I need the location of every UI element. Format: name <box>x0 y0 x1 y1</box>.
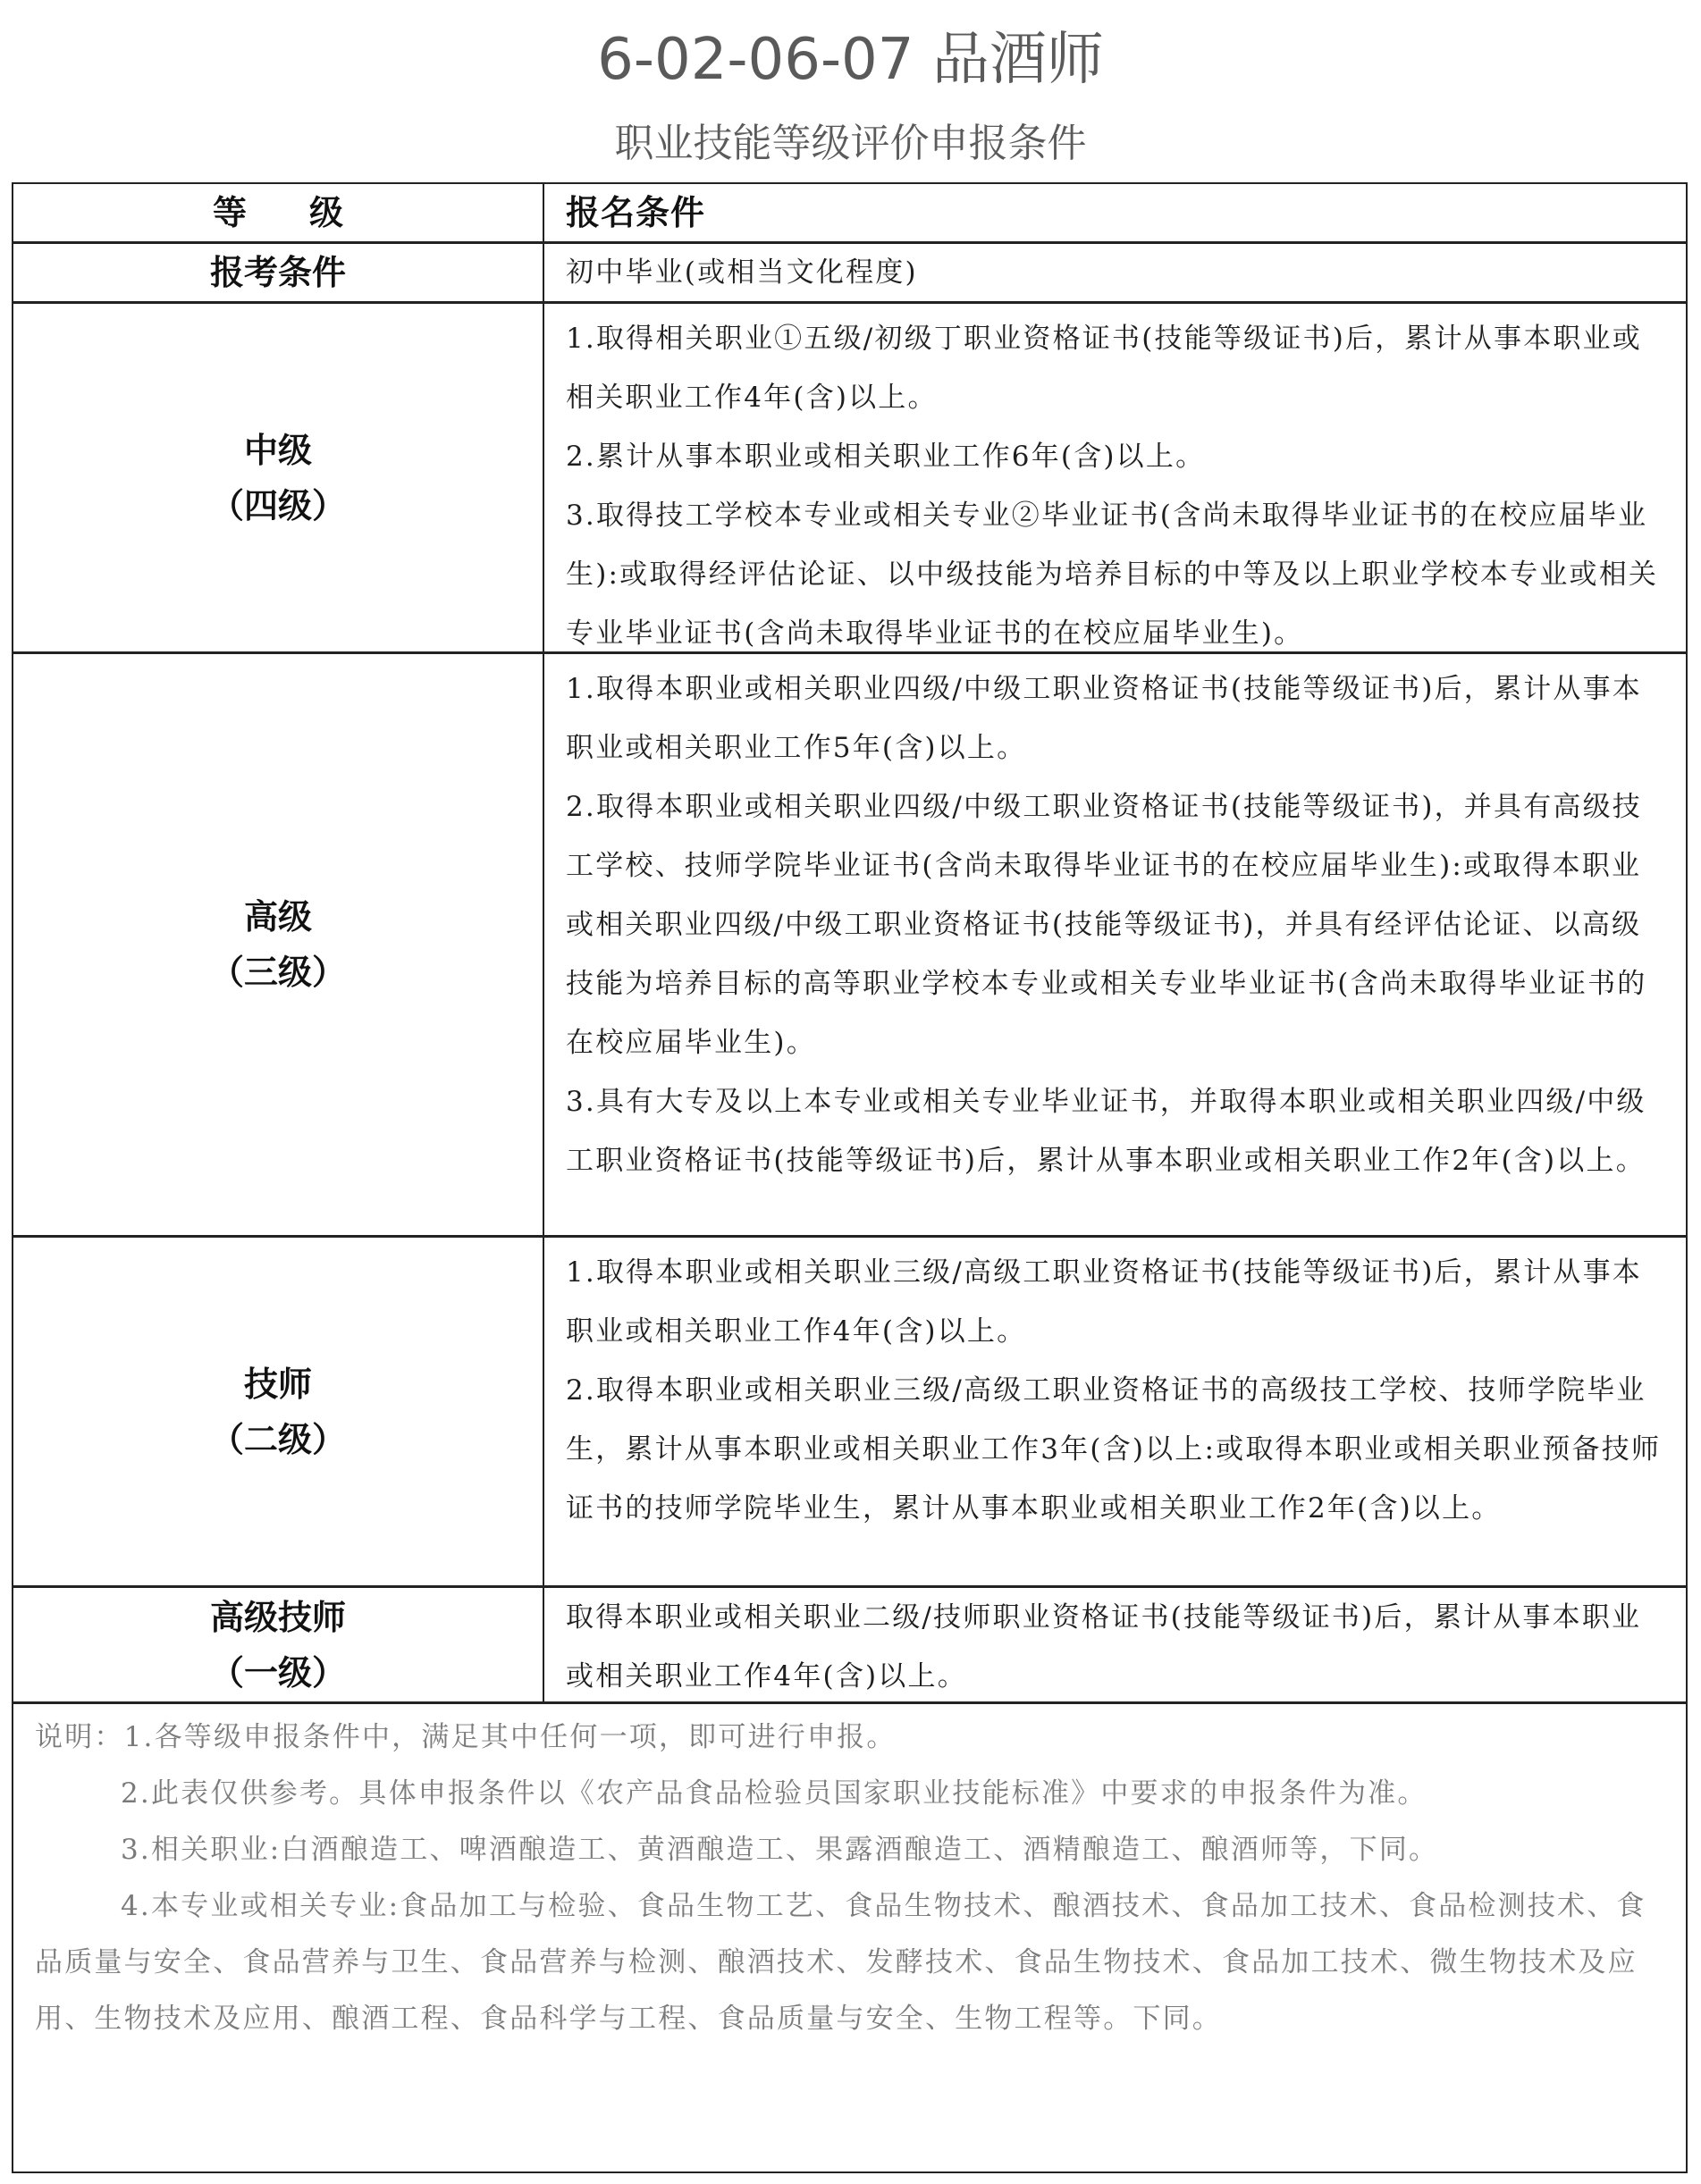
grade-cell: 中级 （四级） <box>13 304 544 651</box>
notes-section: 说明：1.各等级申报条件中，满足其中任何一项，即可进行申报。 2.此表仅供参考。… <box>13 1704 1686 2047</box>
table-row-senior-technician: 高级技师 （一级） 取得本职业或相关职业二级/技师职业资格证书(技能等级证书)后… <box>13 1588 1686 1704</box>
table-header-row: 等级 报名条件 <box>13 184 1686 244</box>
condition-item: 1.取得本职业或相关职业三级/高级工职业资格证书(技能等级证书)后，累计从事本职… <box>566 1243 1668 1361</box>
requirements-table: 等级 报名条件 报考条件 初中毕业(或相当文化程度) 中级 （四级） 1.取得相… <box>12 182 1688 2173</box>
grade-level: （一级） <box>210 1645 346 1701</box>
basic-label-cell: 报考条件 <box>13 244 544 301</box>
grade-name: 高级 <box>244 889 312 945</box>
conditions-cell: 1.取得本职业或相关职业四级/中级工职业资格证书(技能等级证书)后，累计从事本职… <box>546 654 1686 1235</box>
header-grade-cell: 等级 <box>13 184 544 241</box>
condition-item: 3.取得技工学校本专业或相关专业②毕业证书(含尚未取得毕业证书的在校应届毕业生)… <box>566 486 1668 663</box>
basic-value-cell: 初中毕业(或相当文化程度) <box>546 244 1686 301</box>
table-row-technician: 技师 （二级） 1.取得本职业或相关职业三级/高级工职业资格证书(技能等级证书)… <box>13 1238 1686 1588</box>
grade-cell: 高级技师 （一级） <box>13 1588 544 1701</box>
conditions-cell: 1.取得相关职业①五级/初级丁职业资格证书(技能等级证书)后，累计从事本职业或相… <box>546 304 1686 651</box>
conditions-cell: 1.取得本职业或相关职业三级/高级工职业资格证书(技能等级证书)后，累计从事本职… <box>546 1238 1686 1585</box>
header-conditions-label: 报名条件 <box>566 183 705 242</box>
condition-item: 取得本职业或相关职业二级/技师职业资格证书(技能等级证书)后，累计从事本职业或相… <box>566 1588 1668 1706</box>
grade-level: （三级） <box>210 945 346 1000</box>
table-row-advanced: 高级 （三级） 1.取得本职业或相关职业四级/中级工职业资格证书(技能等级证书)… <box>13 654 1686 1238</box>
condition-item: 2.取得本职业或相关职业四级/中级工职业资格证书(技能等级证书)，并具有高级技工… <box>566 777 1668 1072</box>
grade-cell: 高级 （三级） <box>13 654 544 1235</box>
note-item: 2.此表仅供参考。具体申报条件以《农产品食品检验员国家职业技能标准》中要求的申报… <box>35 1766 1670 1822</box>
condition-item: 3.具有大专及以上本专业或相关专业毕业证书，并取得本职业或相关职业四级/中级工职… <box>566 1072 1668 1190</box>
conditions-cell: 取得本职业或相关职业二级/技师职业资格证书(技能等级证书)后，累计从事本职业或相… <box>546 1588 1686 1701</box>
basic-value: 初中毕业(或相当文化程度) <box>566 243 918 302</box>
grade-level: （四级） <box>210 478 346 533</box>
grade-name: 技师 <box>244 1357 312 1412</box>
grade-name: 高级技师 <box>210 1590 346 1645</box>
header-grade-label: 等级 <box>213 185 406 240</box>
condition-item: 2.取得本职业或相关职业三级/高级工职业资格证书的高级技工学校、技师学院毕业生，… <box>566 1361 1668 1538</box>
table-row-intermediate: 中级 （四级） 1.取得相关职业①五级/初级丁职业资格证书(技能等级证书)后，累… <box>13 304 1686 654</box>
condition-item: 1.取得相关职业①五级/初级丁职业资格证书(技能等级证书)后，累计从事本职业或相… <box>566 309 1668 427</box>
header-conditions-cell: 报名条件 <box>546 184 1686 241</box>
page-subtitle: 职业技能等级评价申报条件 <box>0 113 1701 175</box>
note-item: 说明：1.各等级申报条件中，满足其中任何一项，即可进行申报。 <box>35 1709 1670 1766</box>
condition-item: 1.取得本职业或相关职业四级/中级工职业资格证书(技能等级证书)后，累计从事本职… <box>566 659 1668 777</box>
grade-level: （二级） <box>210 1412 346 1467</box>
table-row-basic: 报考条件 初中毕业(或相当文化程度) <box>13 244 1686 304</box>
page-title: 6-02-06-07 品酒师 <box>0 20 1701 100</box>
note-item: 3.相关职业:白酒酿造工、啤酒酿造工、黄酒酿造工、果露酒酿造工、酒精酿造工、酿酒… <box>35 1822 1670 1878</box>
condition-item: 2.累计从事本职业或相关职业工作6年(含)以上。 <box>566 427 1668 486</box>
note-item: 4.本专业或相关专业:食品加工与检验、食品生物工艺、食品生物技术、酿酒技术、食品… <box>35 1878 1670 2047</box>
basic-label: 报考条件 <box>210 245 346 300</box>
grade-cell: 技师 （二级） <box>13 1238 544 1585</box>
grade-name: 中级 <box>244 423 312 478</box>
